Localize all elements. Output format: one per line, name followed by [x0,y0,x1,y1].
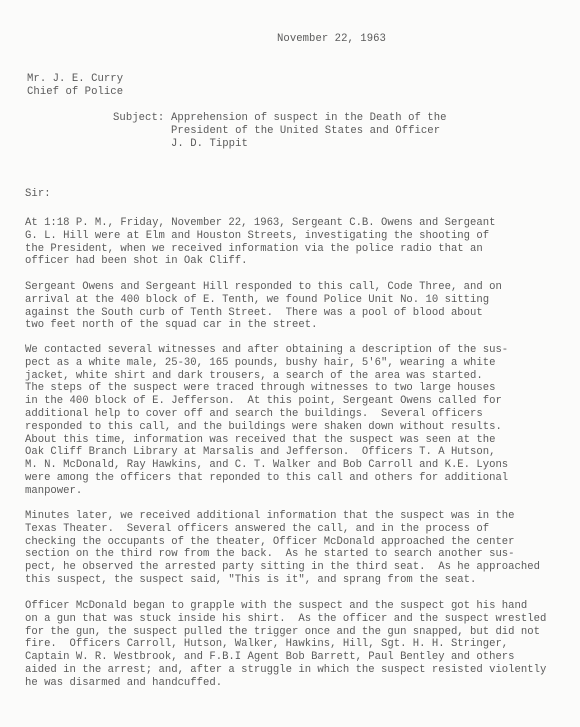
paragraph-line: arrival at the 400 block of E. Tenth, we… [25,294,565,307]
paragraph-1: At 1:18 P. M., Friday, November 22, 1963… [25,217,565,268]
paragraph-line: additional help to cover off and search … [25,408,565,421]
paragraph-2: Sergeant Owens and Sergeant Hill respond… [25,281,565,332]
paragraph-line: this suspect, the suspect said, "This is… [25,574,565,587]
subject-line-3: J. D. Tippit [171,138,248,151]
paragraph-5: Officer McDonald began to grapple with t… [25,600,565,690]
paragraph-line: Sergeant Owens and Sergeant Hill respond… [25,281,565,294]
paragraph-line: on a gun that was stuck inside his shirt… [25,613,565,626]
salutation: Sir: [25,188,51,201]
paragraph-line: Texas Theater. Several officers answered… [25,523,565,536]
subject-line-1: Apprehension of suspect in the Death of … [171,112,447,125]
letter-date: November 22, 1963 [277,33,386,46]
paragraph-line: the President, when we received informat… [25,243,565,256]
paragraph-line: responded to this call, and the building… [25,421,565,434]
paragraph-line: jacket, white shirt and dark trousers, a… [25,370,565,383]
paragraph-line: About this time, information was receive… [25,434,565,447]
paragraph-line: G. L. Hill were at Elm and Houston Stree… [25,230,565,243]
paragraph-line: M. N. McDonald, Ray Hawkins, and C. T. W… [25,459,565,472]
paragraph-line: Oak Cliff Branch Library at Marsalis and… [25,446,565,459]
paragraph-line: section on the third row from the back. … [25,548,565,561]
typewritten-letter: November 22, 1963 Mr. J. E. Curry Chief … [0,0,580,727]
paragraph-line: pect as a white male, 25-30, 165 pounds,… [25,357,565,370]
paragraph-line: We contacted several witnesses and after… [25,344,565,357]
paragraph-line: checking the occupants of the theater, O… [25,536,565,549]
subject-line-2: President of the United States and Offic… [171,125,440,138]
paragraph-line: two feet north of the squad car in the s… [25,319,565,332]
paragraph-line: he was disarmed and handcuffed. [25,677,565,690]
paragraph-4: Minutes later, we received additional in… [25,510,565,587]
paragraph-line: fire. Officers Carroll, Hutson, Walker, … [25,638,565,651]
paragraph-line: Captain W. R. Westbrook, and F.B.I Agent… [25,651,565,664]
paragraph-line: At 1:18 P. M., Friday, November 22, 1963… [25,217,565,230]
paragraph-line: Officer McDonald began to grapple with t… [25,600,565,613]
subject-label: Subject: [113,112,164,125]
paragraph-3: We contacted several witnesses and after… [25,344,565,498]
paragraph-line: The steps of the suspect were traced thr… [25,382,565,395]
paragraph-line: against the South curb of Tenth Street. … [25,307,565,320]
paragraph-line: for the gun, the suspect pulled the trig… [25,626,565,639]
recipient-name: Mr. J. E. Curry [27,73,123,86]
paragraph-line: officer had been shot in Oak Cliff. [25,255,565,268]
recipient-title: Chief of Police [27,86,123,99]
paragraph-line: in the 400 block of E. Jefferson. At thi… [25,395,565,408]
paragraph-line: aided in the arrest; and, after a strugg… [25,664,565,677]
paragraph-line: pect, he observed the arrested party sit… [25,561,565,574]
paragraph-line: were among the officers that reponded to… [25,472,565,485]
paragraph-line: Minutes later, we received additional in… [25,510,565,523]
paragraph-line: manpower. [25,485,565,498]
